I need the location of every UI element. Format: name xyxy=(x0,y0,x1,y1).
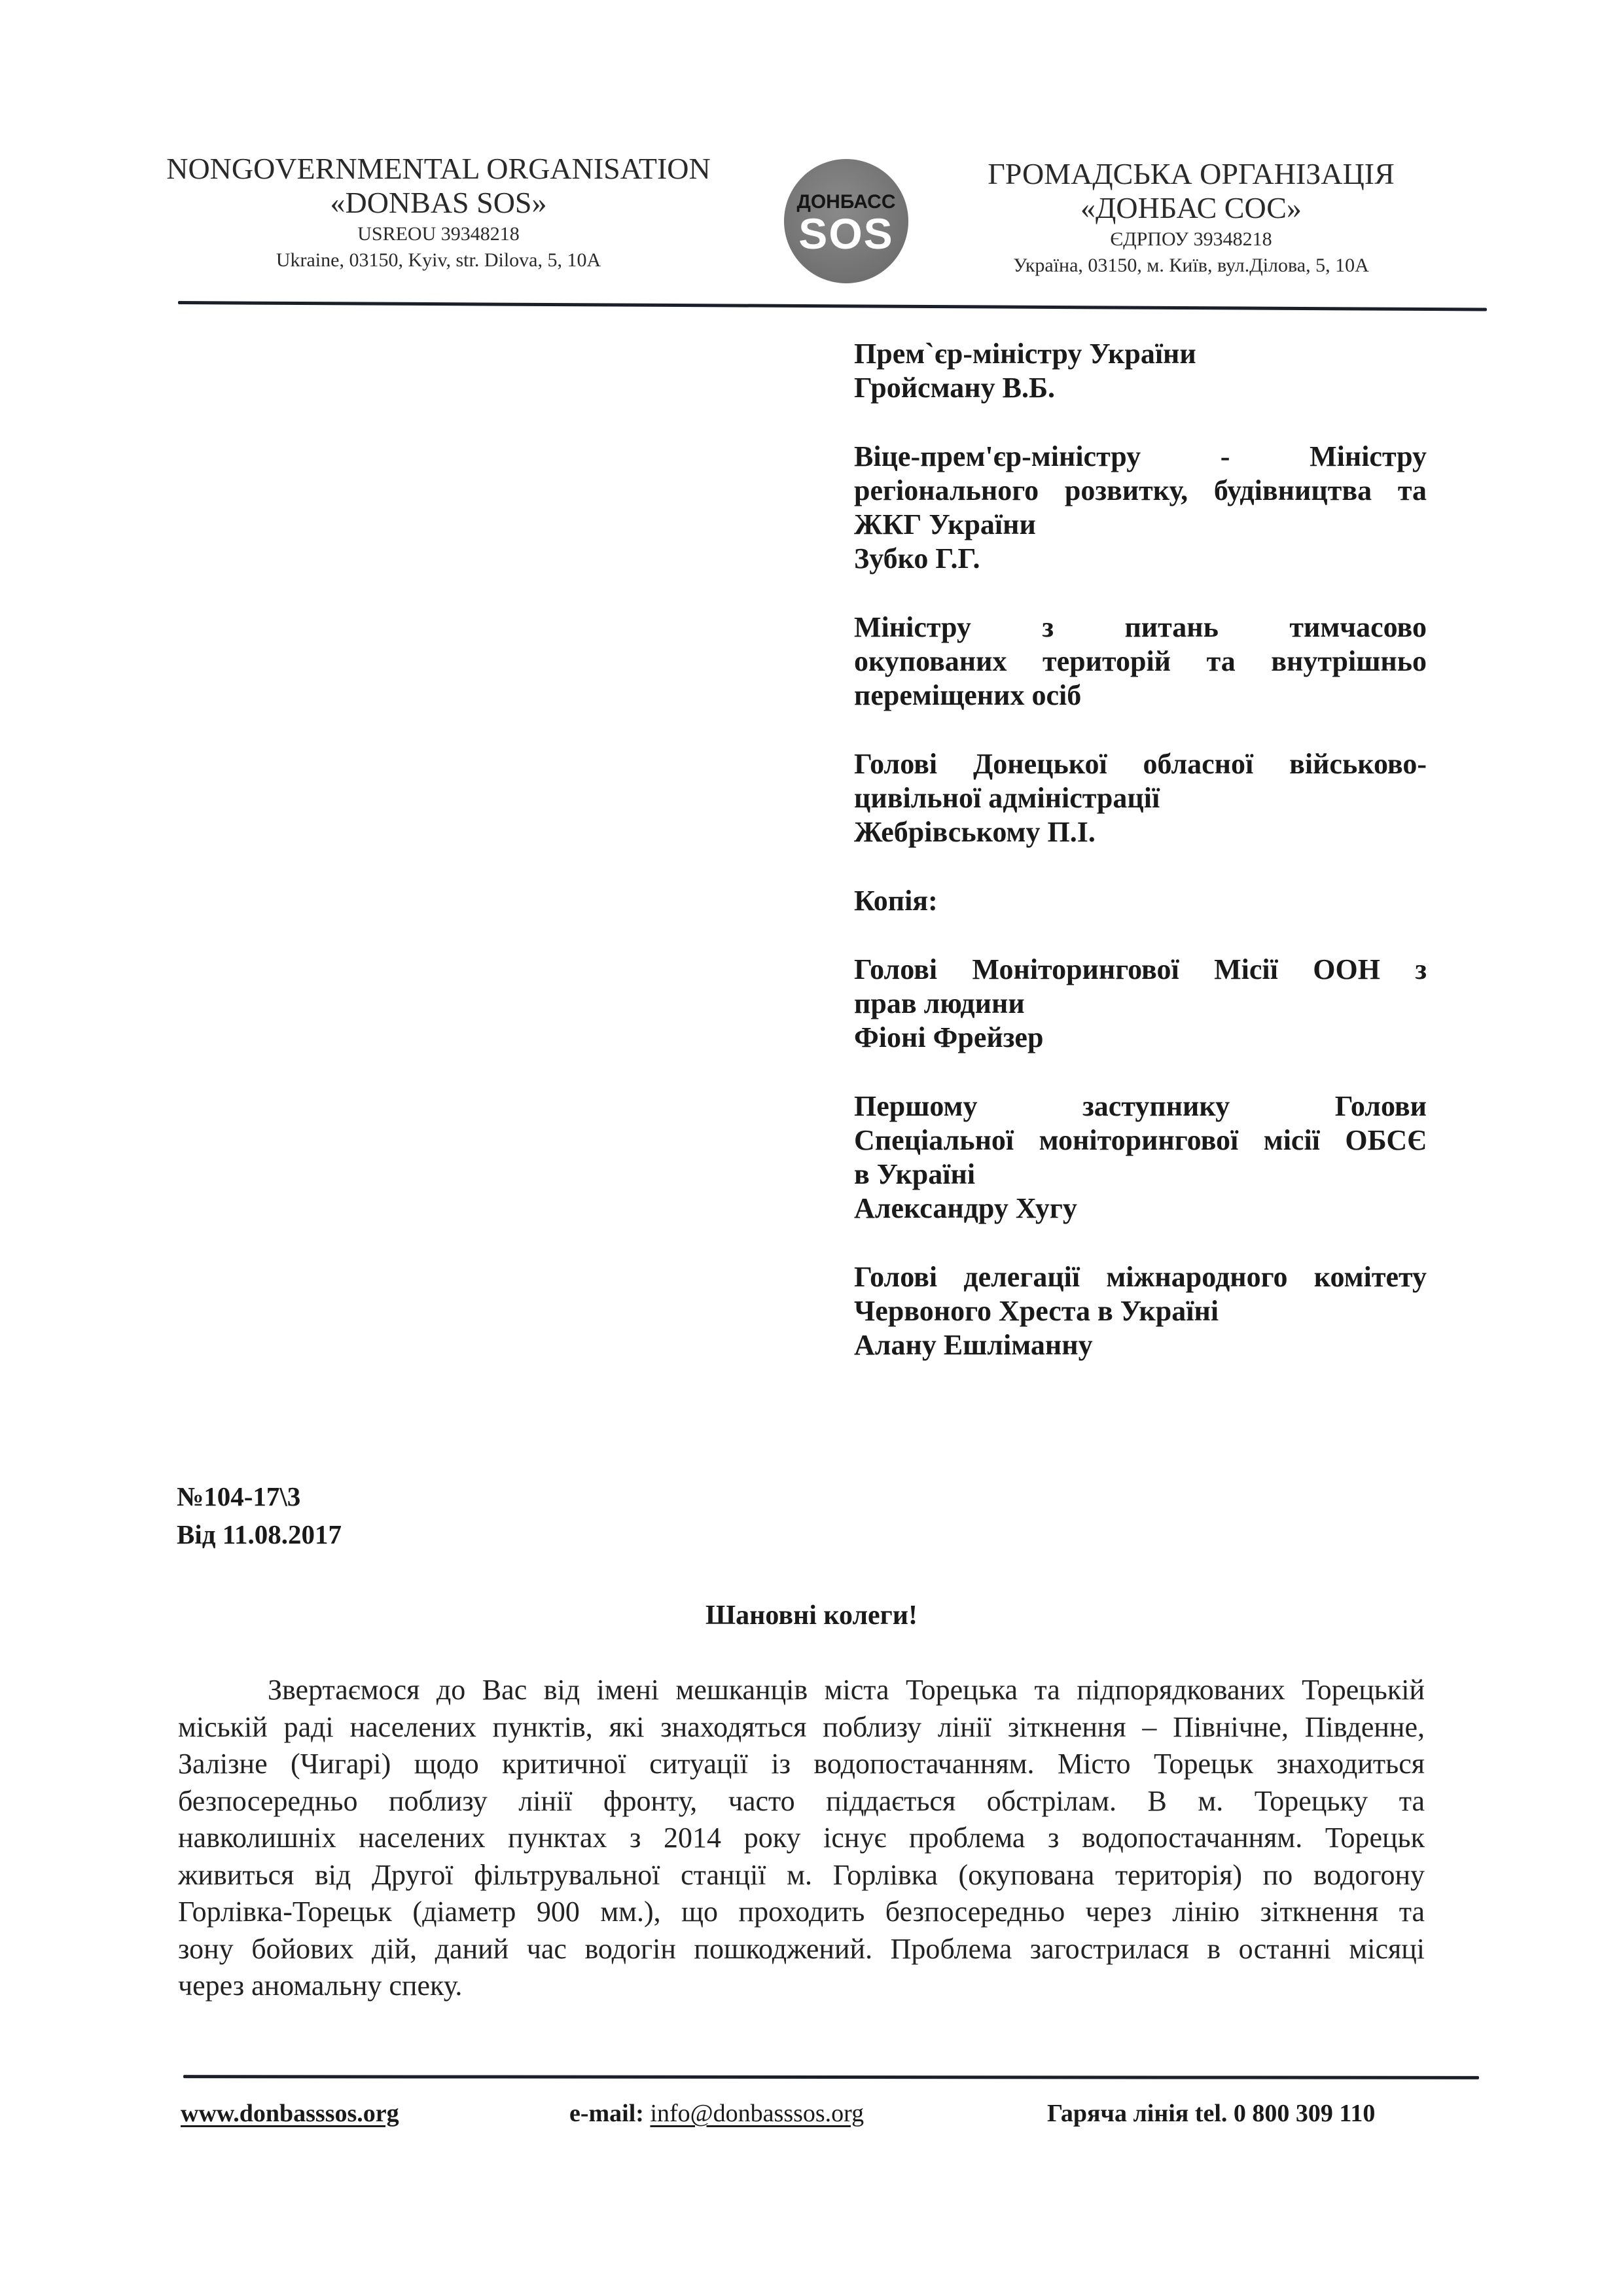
body-line: зону бойових дій, даний час водогін пошк… xyxy=(178,1931,1425,1968)
addressee-line: Жебрівському П.І. xyxy=(854,815,1427,849)
addressee-line: регіонального розвитку, будівництва та xyxy=(854,474,1427,508)
addressee-line: Голові Донецької обласної військово- xyxy=(854,747,1427,781)
letterhead-ukrainian: ГРОМАДСЬКА ОРГАНІЗАЦІЯ «ДОНБАС СОС» ЄДРП… xyxy=(910,157,1472,276)
addressee-line: Зубко Г.Г. xyxy=(854,542,1427,576)
org-name-uk: «ДОНБАС СОС» xyxy=(910,191,1472,225)
salutation: Шановні колеги! xyxy=(0,1600,1623,1631)
body-line: Залізне (Чигарі) щодо критичної ситуації… xyxy=(178,1746,1425,1783)
letter-body: Звертаємося до Вас від імені мешканців м… xyxy=(178,1672,1425,2005)
website-link[interactable]: www.donbasssos.org xyxy=(181,2099,399,2128)
addressee-line: прав людини xyxy=(854,987,1427,1021)
email-label: e-mail: xyxy=(569,2100,644,2127)
addressee-line: Голові Моніторингової Місії ООН з xyxy=(854,953,1427,987)
addressee-line: Спеціальної моніторингової місії ОБСЄ xyxy=(854,1123,1427,1157)
addressee-block: Голові Донецької обласної військово-циві… xyxy=(854,747,1427,849)
addressee-line: Александру Хугу xyxy=(854,1192,1427,1226)
addressee-block: Віце-прем'єр-міністру - Мініструрегіонал… xyxy=(854,440,1427,576)
email-link[interactable]: info@donbasssos.org xyxy=(650,2100,864,2127)
body-line: живиться від Другої фільтрувальної станц… xyxy=(178,1857,1425,1894)
body-line: Горлівка-Торецьк (діаметр 900 мм.), що п… xyxy=(178,1894,1425,1931)
reference-date: Від 11.08.2017 xyxy=(177,1515,342,1553)
org-reg-code-en: USREOU 39348218 xyxy=(164,223,713,245)
addressee-line: окупованих територій та внутрішньо xyxy=(854,645,1427,679)
addressee-list: Прем`єр-міністру УкраїниГройсману В.Б.Ві… xyxy=(854,337,1427,1397)
footer-divider xyxy=(183,2075,1479,2079)
org-type-uk: ГРОМАДСЬКА ОРГАНІЗАЦІЯ xyxy=(910,157,1472,191)
org-reg-code-uk: ЄДРПОУ 39348218 xyxy=(910,228,1472,251)
addressee-block: Міністру з питань тимчасовоокупованих те… xyxy=(854,610,1427,713)
org-name-en: «DONBAS SOS» xyxy=(164,186,713,220)
addressee-line: Червоного Хреста в Україні xyxy=(854,1294,1427,1328)
org-address-en: Ukraine, 03150, Kyiv, str. Dilova, 5, 10… xyxy=(164,249,713,272)
donbas-sos-logo-icon: ДОНБАСС SOS xyxy=(784,159,908,283)
body-line: Звертаємося до Вас від імені мешканців м… xyxy=(178,1672,1425,1709)
addressee-line: в Україні xyxy=(854,1157,1427,1192)
body-line: через аномальну спеку. xyxy=(178,1968,1425,2005)
addressee-block: Прем`єр-міністру УкраїниГройсману В.Б. xyxy=(854,337,1427,405)
addressee-line: Голові делегації міжнародного комітету xyxy=(854,1260,1427,1294)
addressee-line: цивільної адміністрації xyxy=(854,781,1427,815)
addressee-block: Голові делегації міжнародного комітетуЧе… xyxy=(854,1260,1427,1362)
letterhead-english: NONGOVERNMENTAL ORGANISATION «DONBAS SOS… xyxy=(164,152,713,271)
body-line: навколишніх населених пунктах з 2014 рок… xyxy=(178,1820,1425,1857)
addressee-line: Фіоні Фрейзер xyxy=(854,1021,1427,1055)
addressee-block: Першому заступнику ГоловиСпеціальної мон… xyxy=(854,1089,1427,1226)
logo-main-text: SOS xyxy=(798,213,893,255)
reference-number: №104-17\3 xyxy=(177,1477,342,1515)
addressee-block: Копія: xyxy=(854,884,1427,918)
email-contact: e-mail: info@donbasssos.org xyxy=(569,2099,864,2128)
addressee-line: Першому заступнику Голови xyxy=(854,1089,1427,1123)
addressee-line: Алану Ешліманну xyxy=(854,1328,1427,1362)
org-address-uk: Україна, 03150, м. Київ, вул.Ділова, 5, … xyxy=(910,255,1472,277)
header-divider xyxy=(178,301,1487,311)
addressee-block: Голові Моніторингової Місії ООН зправ лю… xyxy=(854,953,1427,1055)
org-type-en: NONGOVERNMENTAL ORGANISATION xyxy=(164,152,713,186)
hotline: Гаряча лінія tel. 0 800 309 110 xyxy=(1047,2099,1375,2128)
addressee-line: Віце-прем'єр-міністру - Міністру xyxy=(854,440,1427,474)
addressee-line: ЖКГ України xyxy=(854,508,1427,542)
body-line: безпосередньо поблизу лінії фронту, част… xyxy=(178,1783,1425,1820)
addressee-line: Копія: xyxy=(854,884,1427,918)
body-line: міській раді населених пунктів, які знах… xyxy=(178,1709,1425,1746)
letter-reference: №104-17\3 Від 11.08.2017 xyxy=(177,1477,342,1553)
addressee-line: Гройсману В.Б. xyxy=(854,371,1427,405)
addressee-line: переміщених осіб xyxy=(854,679,1427,713)
addressee-line: Прем`єр-міністру України xyxy=(854,337,1427,371)
addressee-line: Міністру з питань тимчасово xyxy=(854,610,1427,645)
